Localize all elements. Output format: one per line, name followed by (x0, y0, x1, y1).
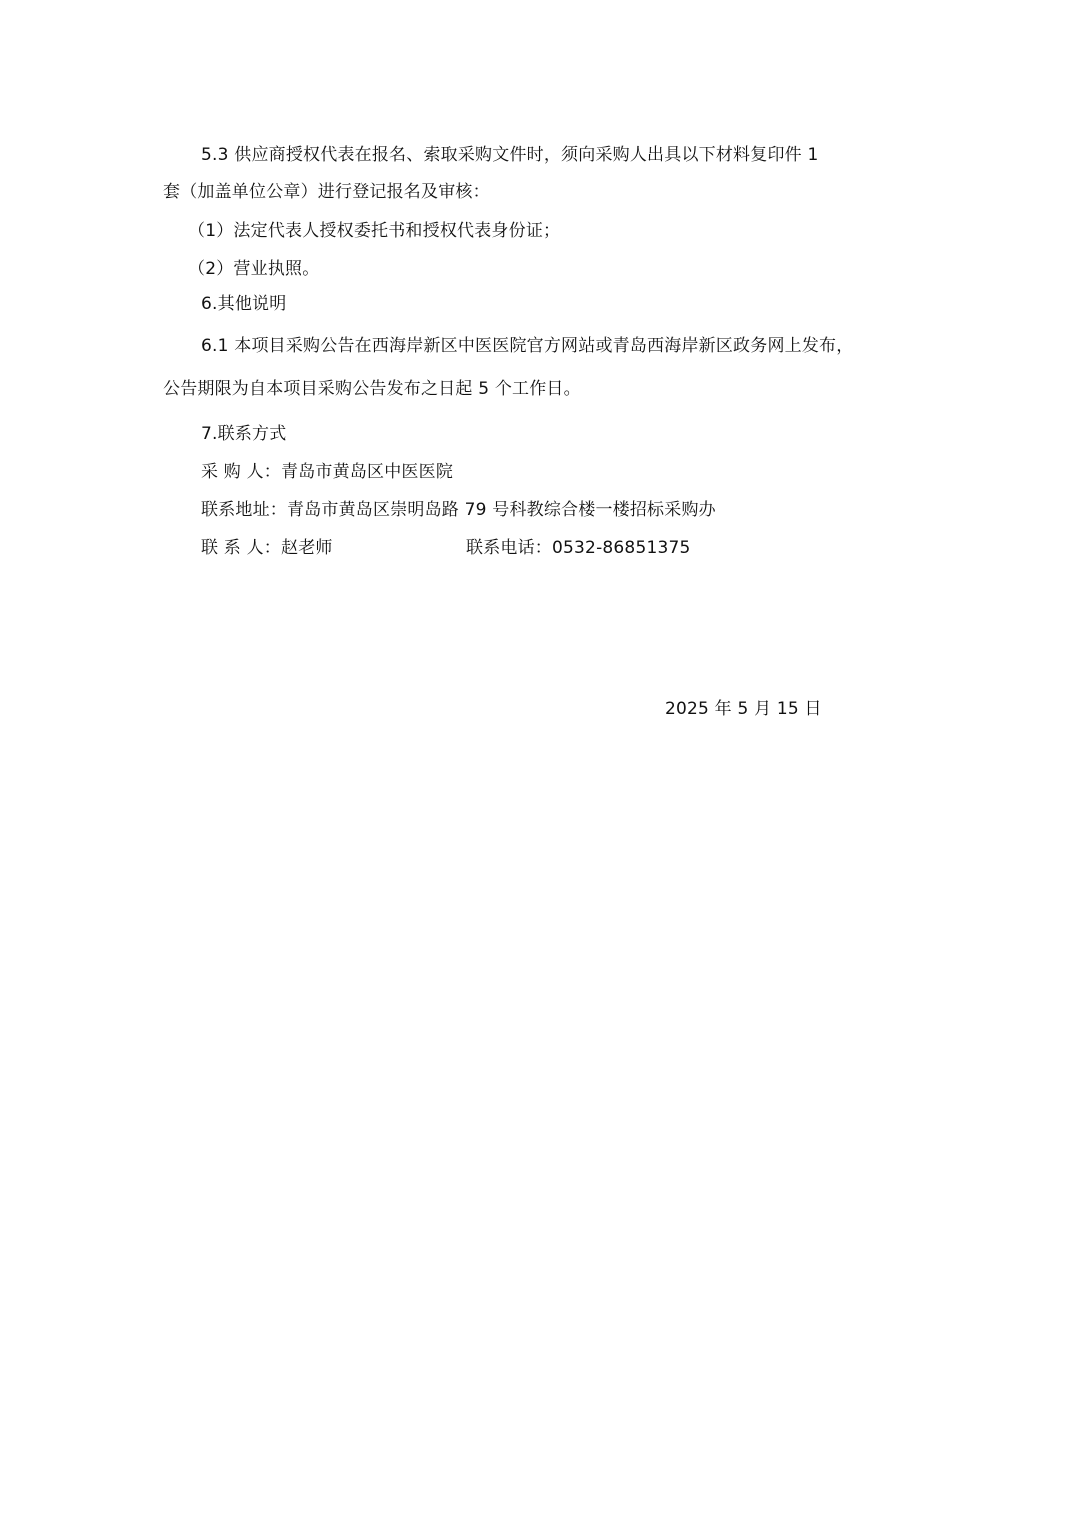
phone-row: 联系电话：0532-86851375 (466, 536, 691, 560)
document-date: 2025 年 5 月 15 日 (665, 697, 822, 721)
section-5-3-line-1: 5.3 供应商授权代表在报名、索取采购文件时，须向采购人出具以下材料复印件 1 (201, 143, 818, 167)
phone-label: 联系电话： (466, 538, 552, 558)
contact-value: 赵老师 (281, 538, 333, 558)
contact-label: 联 系 人： (201, 538, 281, 558)
address-row: 联系地址：青岛市黄岛区崇明岛路 79 号科教综合楼一楼招标采购办 (201, 498, 716, 522)
section-7-heading: 7.联系方式 (201, 422, 286, 446)
section-6-paragraph-line-1: 6.1 本项目采购公告在西海岸新区中医医院官方网站或青岛西海岸新区政务网上发布， (201, 334, 853, 358)
list-item-2: （2）营业执照。 (188, 257, 319, 281)
purchaser-row: 采 购 人：青岛市黄岛区中医医院 (201, 460, 453, 484)
purchaser-label: 采 购 人： (201, 462, 281, 482)
section-6-heading: 6.其他说明 (201, 292, 286, 316)
section-6-paragraph-line-2: 公告期限为自本项目采购公告发布之日起 5 个工作日。 (163, 377, 581, 401)
list-item-1: （1）法定代表人授权委托书和授权代表身份证； (188, 219, 560, 243)
purchaser-value: 青岛市黄岛区中医医院 (281, 462, 453, 482)
phone-value: 0532-86851375 (552, 538, 691, 558)
section-5-3-line-2: 套（加盖单位公章）进行登记报名及审核： (163, 180, 490, 204)
address-label: 联系地址： (201, 500, 287, 520)
contact-row: 联 系 人：赵老师 (201, 536, 333, 560)
address-value: 青岛市黄岛区崇明岛路 79 号科教综合楼一楼招标采购办 (287, 500, 716, 520)
